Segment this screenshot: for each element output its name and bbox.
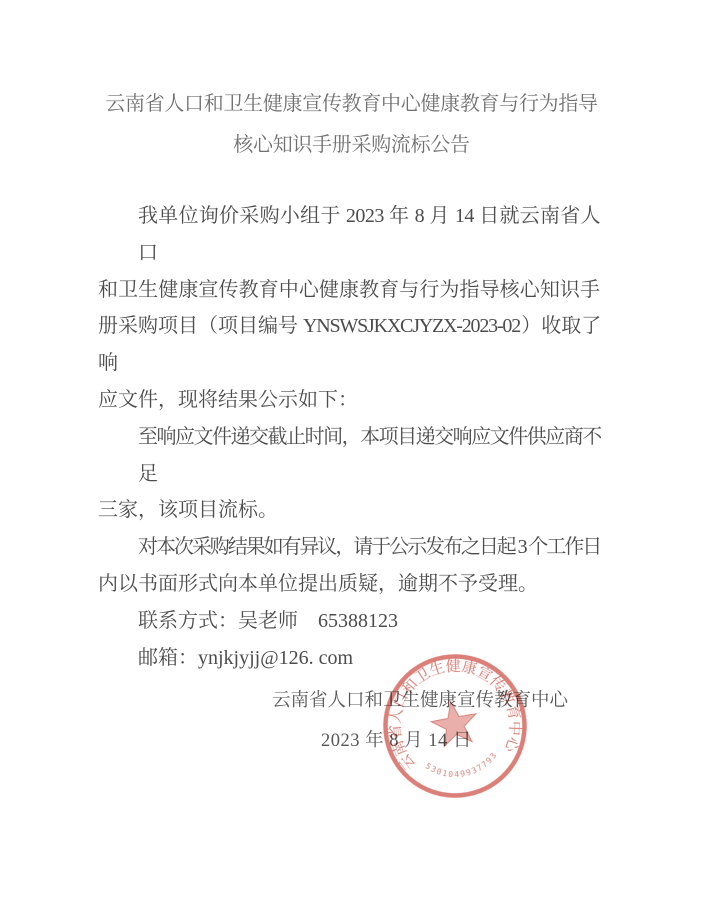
document-title: 云南省人口和卫生健康宣传教育中心健康教育与行为指导 核心知识手册采购流标公告 [0,0,703,166]
document-title-line-2: 核心知识手册采购流标公告 [0,125,703,166]
body-line: 册采购项目（项目编号 YNSWSJKXCJYZX-2023-02）收取了响 [98,308,600,382]
seal-serial-number: 5301049937793 [422,749,501,785]
scanned-document-page: 云南省人口和卫生健康宣传教育中心健康教育与行为指导 核心知识手册采购流标公告 我… [0,0,703,901]
contact-email-line: 邮箱：ynjkjyjj@126. com [98,640,600,677]
body-line: 三家，该项目流标。 [98,492,600,529]
body-line: 应文件，现将结果公示如下： [98,382,600,419]
body-line: 我单位询价采购小组于 2023 年 8 月 14 日就云南省人口 [98,198,600,272]
official-seal-stamp: 云南省人口和卫生健康宣传教育中心 5301049937793 [367,638,543,814]
body-line: 对本次采购结果如有异议，请于公示发布之日起 3 个工作日 [98,529,600,566]
body-line: 和卫生健康宣传教育中心健康教育与行为指导核心知识手 [98,272,600,309]
seal-star-icon [428,697,480,748]
document-body: 我单位询价采购小组于 2023 年 8 月 14 日就云南省人口 和卫生健康宣传… [98,198,600,676]
body-line: 至响应文件递交截止时间，本项目递交响应文件供应商不足 [98,419,600,493]
svg-text:5301049937793: 5301049937793 [422,749,501,785]
body-line: 内以书面形式向本单位提出质疑，逾期不予受理。 [98,566,600,603]
document-title-line-1: 云南省人口和卫生健康宣传教育中心健康教育与行为指导 [0,84,703,125]
contact-phone-line: 联系方式：吴老师 65388123 [98,603,600,640]
